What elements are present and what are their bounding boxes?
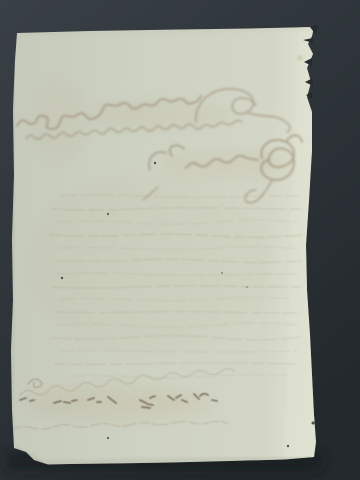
speck bbox=[107, 437, 109, 439]
speck bbox=[221, 272, 223, 274]
stain-spot bbox=[298, 56, 303, 61]
manuscript-photo bbox=[0, 0, 360, 480]
speck bbox=[246, 286, 248, 288]
speck bbox=[287, 445, 289, 447]
stain bbox=[30, 175, 270, 355]
speck bbox=[107, 213, 109, 215]
speck bbox=[312, 422, 315, 425]
speck bbox=[61, 277, 63, 279]
speck bbox=[154, 162, 156, 164]
photo-canvas bbox=[0, 0, 360, 480]
